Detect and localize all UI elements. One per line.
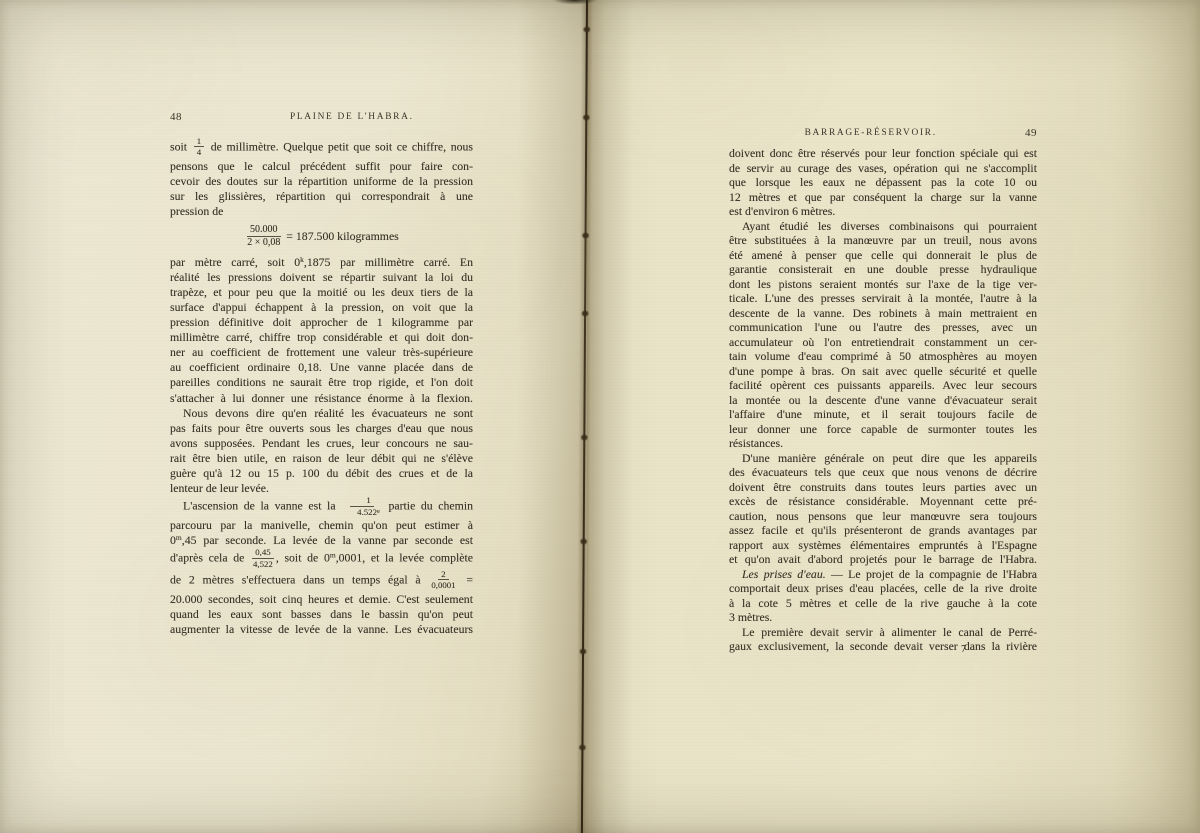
inline-fraction: 14.522e xyxy=(343,495,381,517)
text-line: Le première devait servir à alimenter le… xyxy=(729,625,1037,640)
right-page-header: BARRAGE-RÉSERVOIR. 49 xyxy=(729,127,1037,141)
text-line: gaux exclusivement, la seconde devait ve… xyxy=(729,639,1037,654)
text-line: d'une pompe à bras. On sait avec quelle … xyxy=(729,364,1037,379)
text-line: cevoir des doutes sur la répartition uni… xyxy=(170,174,473,189)
text-line: des évacuateurs tels que ceux que nous v… xyxy=(729,465,1037,480)
text-line: de 2 mètres s'effectuera dans un temps é… xyxy=(170,570,473,592)
text-line: soit 14 de millimètre. Quelque petit que… xyxy=(170,137,473,159)
text-line: guère qu'à 12 ou 15 p. 100 du débit des … xyxy=(170,466,473,481)
signature-mark: 7 xyxy=(961,644,966,655)
text-line: s'attacher à lui donner une résistance é… xyxy=(170,391,473,406)
text-line: rapport aux systèmes élémentaires emprun… xyxy=(729,538,1037,553)
text-line: Les prises d'eau. — Le projet de la comp… xyxy=(729,567,1037,582)
text-line: garantie consisterait en une double pres… xyxy=(729,262,1037,277)
text-line: à la cote 5 mètres et celle de la rive g… xyxy=(729,596,1037,611)
text-line: pensons que le calcul précédent suffit p… xyxy=(170,159,473,174)
left-page: 48 PLAINE DE L'HABRA. soit 14 de millimè… xyxy=(0,0,587,833)
text-line: 12 mètres et que par conséquent la charg… xyxy=(729,190,1037,205)
text-line: été amené à penser que celle qui donnera… xyxy=(729,248,1037,263)
text-line: lenteur de leur levée. xyxy=(170,481,473,496)
text-line: avons supposées. Pendant les crues, leur… xyxy=(170,436,473,451)
right-page-number: 49 xyxy=(1025,127,1037,139)
left-page-number: 48 xyxy=(170,111,182,123)
text-line: pression définitive doit approcher de 1 … xyxy=(170,315,473,330)
text-line: descente de la vanne. Des robinets à mai… xyxy=(729,306,1037,321)
text-line: facilité opèrent ces puissants appareils… xyxy=(729,378,1037,393)
gutter-shadow-left xyxy=(517,0,587,833)
text-line: par mètre carré, soit 0k,1875 par millim… xyxy=(170,255,473,270)
open-book-spread: 48 PLAINE DE L'HABRA. soit 14 de millimè… xyxy=(0,0,1200,833)
text-line: L'ascension de la vanne est la 14.522e p… xyxy=(170,496,473,518)
text-line: Nous devons dire qu'en réalité les évacu… xyxy=(170,406,473,421)
text-line: 0m,45 par seconde. La levée de la vanne … xyxy=(170,533,473,548)
text-line: la montée ou la descente d'une vanne d'é… xyxy=(729,393,1037,408)
text-line: assez facile et qu'ils présenteront de g… xyxy=(729,523,1037,538)
display-formula: 50.0002 × 0,08 = 187.500 kilogrammes xyxy=(170,225,473,250)
text-line: accumulateur où l'on entretiendrait cons… xyxy=(729,335,1037,350)
text-line: tain volume d'eau comprimé à 50 atmosphè… xyxy=(729,349,1037,364)
text-line: être substituées à la manœuvre par un tr… xyxy=(729,233,1037,248)
text-line: parcouru par la manivelle, chemin qu'on … xyxy=(170,518,473,533)
inline-fraction: 50.0002 × 0,08 xyxy=(246,224,281,249)
text-line: au coefficient ordinaire 0,18. Une vanne… xyxy=(170,360,473,375)
text-line: millimètre carré, chiffre trop considéra… xyxy=(170,330,473,345)
text-line: d'après cela de 0,454,522, soit de 0m,00… xyxy=(170,548,473,570)
text-line: communication l'une ou l'autre des press… xyxy=(729,320,1037,335)
text-line: réalité les pressions doivent se réparti… xyxy=(170,270,473,285)
text-line: que lorsque les eaux ne dépassent pas la… xyxy=(729,175,1037,190)
text-line: surface d'appui échappent à la pression,… xyxy=(170,300,473,315)
right-page-text: doivent donc être réservés pour leur fon… xyxy=(729,146,1037,654)
text-line: doivent être construits dans toutes leur… xyxy=(729,480,1037,495)
text-line: doivent donc être réservés pour leur fon… xyxy=(729,146,1037,161)
left-page-text: soit 14 de millimètre. Quelque petit que… xyxy=(170,137,473,637)
left-page-header: 48 PLAINE DE L'HABRA. xyxy=(170,111,473,125)
inline-fraction: 20,0001 xyxy=(430,569,456,591)
text-line: augmenter la vitesse de levée de la vann… xyxy=(170,622,473,637)
text-line: rait être bien utile, en raison de leur … xyxy=(170,451,473,466)
right-page: BARRAGE-RÉSERVOIR. 49 doivent donc être … xyxy=(587,0,1200,833)
text-line: est d'environ 6 mètres. xyxy=(729,204,1037,219)
gutter-shadow-right xyxy=(587,0,633,833)
text-line: et qu'on avait d'abord projetés pour le … xyxy=(729,552,1037,567)
text-line: leur donner une force capable de surmont… xyxy=(729,422,1037,437)
text-line: Ayant étudié les diverses combinaisons q… xyxy=(729,219,1037,234)
text-line: comportait deux prises d'eau placées, ce… xyxy=(729,581,1037,596)
text-line: pas faits pour être ouverts sous les cha… xyxy=(170,421,473,436)
text-line: 3 mètres. xyxy=(729,610,1037,625)
text-line: pression de xyxy=(170,204,473,219)
text-line: dont les pistons seraient montés sur l'a… xyxy=(729,277,1037,292)
text-line: ner au coefficient de frottement une val… xyxy=(170,345,473,360)
text-line: résistances. xyxy=(729,436,1037,451)
text-line: 20.000 secondes, soit cinq heures et dem… xyxy=(170,592,473,607)
right-running-title: BARRAGE-RÉSERVOIR. xyxy=(805,128,937,138)
text-line: de servir au curage des vases, opération… xyxy=(729,161,1037,176)
text-line: trapèze, et pour peu que la moitié ou le… xyxy=(170,285,473,300)
text-line: excès de résistance considérable. Moyenn… xyxy=(729,494,1037,509)
text-line: sur les glissières, répartition qui corr… xyxy=(170,189,473,204)
text-line: ticale. L'une des presses servirait à la… xyxy=(729,291,1037,306)
text-line: D'une manière générale on peut dire que … xyxy=(729,451,1037,466)
left-running-title: PLAINE DE L'HABRA. xyxy=(290,112,414,122)
text-line: caution, nous pensons que leur manœuvre … xyxy=(729,509,1037,524)
text-line: pareilles conditions ne saurait être tro… xyxy=(170,375,473,390)
text-line: quand les eaux sont basses dans le bassi… xyxy=(170,607,473,622)
inline-fraction: 14 xyxy=(194,136,204,158)
inline-fraction: 0,454,522 xyxy=(252,547,274,569)
text-line: l'affaire d'une minute, et il serait tou… xyxy=(729,407,1037,422)
